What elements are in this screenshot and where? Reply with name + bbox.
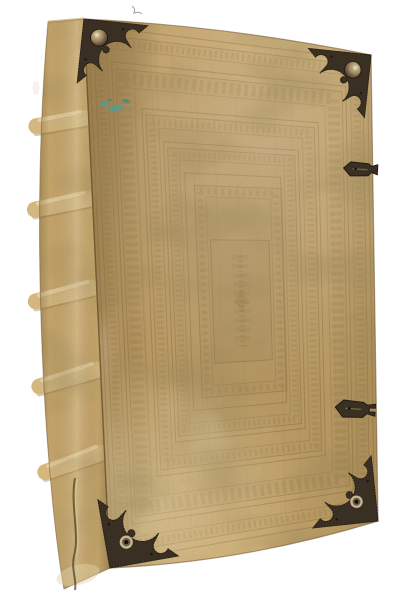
front-cover [80, 12, 384, 574]
book-photograph [0, 0, 416, 599]
book [24, 6, 384, 599]
photo-stage [0, 0, 416, 599]
thread-mark [132, 6, 142, 14]
spine-edge-chip [33, 81, 40, 95]
